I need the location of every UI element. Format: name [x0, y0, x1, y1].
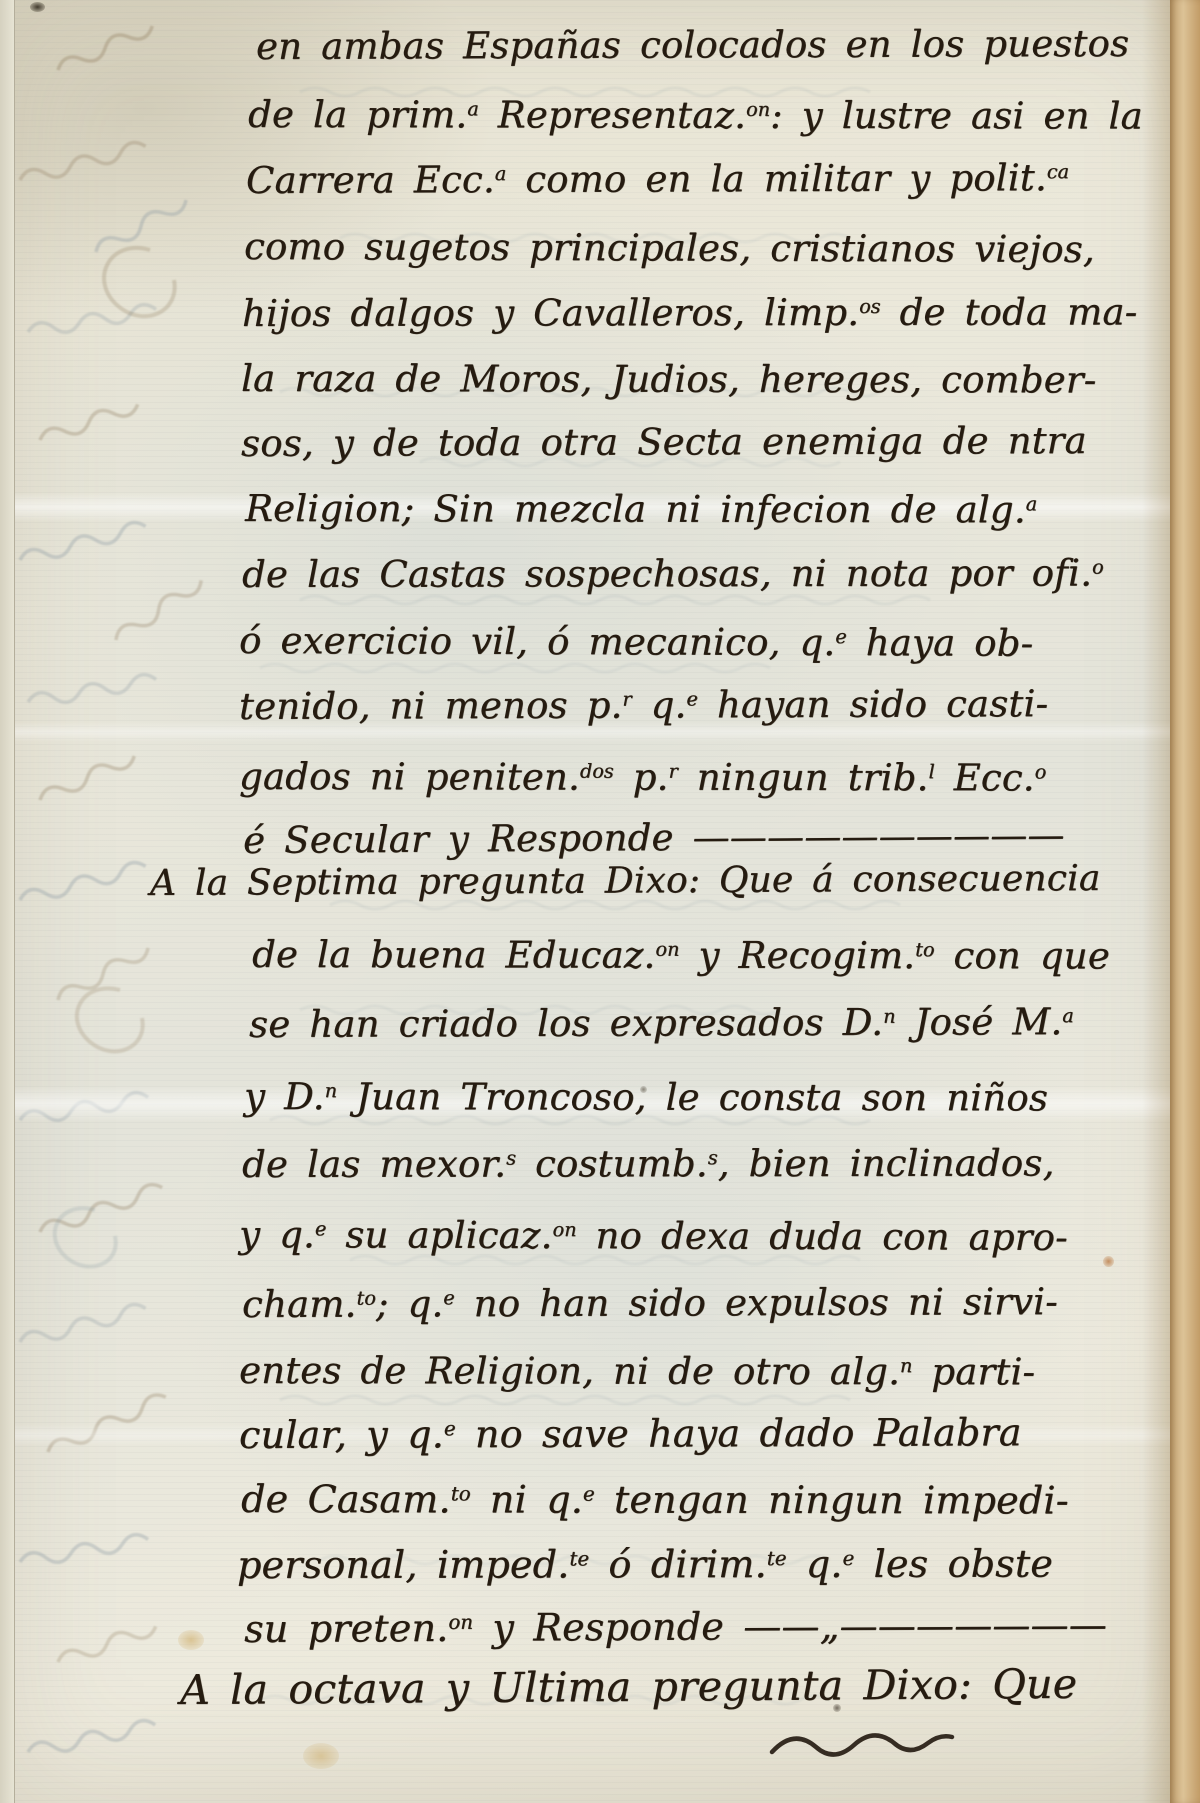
manuscript-line: de la buena Educaz.on y Recogim.to con q… [252, 936, 1110, 974]
manuscript-line: la raza de Moros, Judios, hereges, combe… [241, 360, 1096, 398]
manuscript-line: ó exercicio vil, ó mecanico, q.e haya ob… [239, 622, 1033, 662]
manuscript-line: hijos dalgos y Cavalleros, limp.os de to… [242, 293, 1137, 332]
manuscript-line: de las Castas sospechosas, ni nota por o… [242, 554, 1104, 593]
manuscript-line: é Secular y Responde —————————— [243, 816, 1065, 859]
manuscript-line: como sugetos principales, cristianos vie… [244, 228, 1095, 268]
manuscript-line: y D.n Juan Troncoso, le consta son niños [244, 1078, 1048, 1116]
manuscript-line: A la Septima pregunta Dixo: Que á consec… [150, 861, 1101, 902]
manuscript-line: se han criado los expresados D.n José M.… [249, 1003, 1074, 1043]
ink-fleck [30, 2, 45, 12]
manuscript-line: en ambas Españas colocados en los puesto… [256, 25, 1129, 65]
rust-spot [1103, 1256, 1114, 1267]
manuscript-line: cular, y q.e no save haya dado Palabra [239, 1413, 1022, 1454]
page-edge [1170, 0, 1200, 1803]
manuscript-line: de Casam.to ni q.e tengan ningun impedi- [241, 1480, 1069, 1519]
manuscript-line: de la prim.a Representaz.on: y lustre as… [248, 96, 1143, 135]
manuscript-line: personal, imped.te ó dirim.te q.e les ob… [237, 1545, 1053, 1584]
foxing-stain [303, 1743, 339, 1769]
manuscript-line: de las mexor.s costumb.s, bien inclinado… [242, 1145, 1054, 1183]
manuscript-line: Carrera Ecc.a como en la militar y polit… [246, 159, 1069, 199]
manuscript-line: su preten.on y Responde ——„——————— [244, 1605, 1107, 1648]
manuscript-page: en ambas Españas colocados en los puesto… [0, 0, 1200, 1803]
manuscript-line: y q.e su aplicaz.on no dexa duda con apr… [239, 1216, 1068, 1256]
manuscript-line: Religion; Sin mezcla ni infecion de alg.… [245, 490, 1037, 528]
manuscript-line: gados ni peniten.dos p.r ningun trib.l E… [239, 758, 1046, 796]
page-right-shading [1142, 0, 1170, 1803]
manuscript-line: A la octava y Ultima pregunta Dixo: Que [180, 1664, 1077, 1711]
manuscript-line: cham.to; q.e no han sido expulsos ni sir… [242, 1283, 1058, 1323]
manuscript-line: sos, y de toda otra Secta enemiga de ntr… [241, 422, 1087, 462]
foxing-stain [178, 1630, 204, 1650]
left-page-edge [0, 0, 15, 1803]
manuscript-line: entes de Religion, ni de otro alg.n part… [239, 1352, 1035, 1390]
manuscript-line: tenido, ni menos p.r q.e hayan sido cast… [239, 685, 1048, 725]
